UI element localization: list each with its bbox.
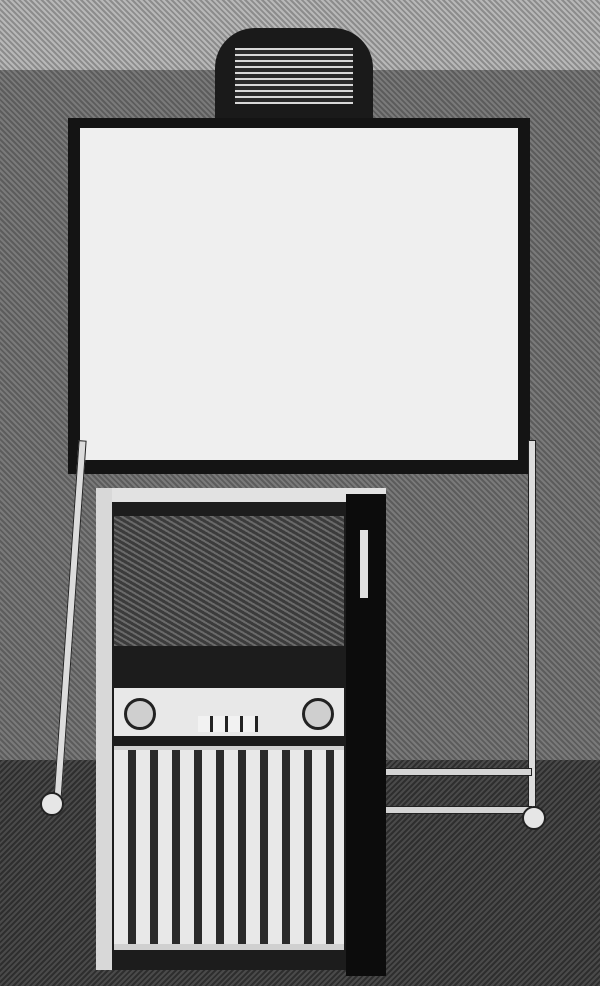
stand-leg-right bbox=[528, 440, 536, 812]
tv-cabinet bbox=[96, 488, 386, 970]
cabinet-side-panel bbox=[96, 488, 112, 970]
projection-screen-frame bbox=[68, 118, 530, 474]
projection-screen bbox=[80, 128, 518, 460]
knob-right bbox=[302, 698, 334, 730]
grille-rail-bottom bbox=[114, 944, 344, 950]
push-buttons bbox=[198, 716, 258, 732]
cabinet-grille bbox=[114, 750, 344, 950]
speaker-grille bbox=[235, 48, 353, 104]
control-panel bbox=[114, 688, 344, 736]
stand-crossbar-lower bbox=[380, 806, 532, 814]
cabinet-top-edge bbox=[96, 488, 386, 502]
projection-mirror bbox=[114, 516, 344, 646]
cabinet-door bbox=[346, 494, 386, 976]
door-handle bbox=[360, 530, 368, 598]
caster-wheel-right bbox=[522, 806, 546, 830]
caster-wheel-left bbox=[40, 792, 64, 816]
stand-crossbar-upper bbox=[380, 768, 532, 776]
knob-left bbox=[124, 698, 156, 730]
loudspeaker bbox=[215, 28, 373, 128]
